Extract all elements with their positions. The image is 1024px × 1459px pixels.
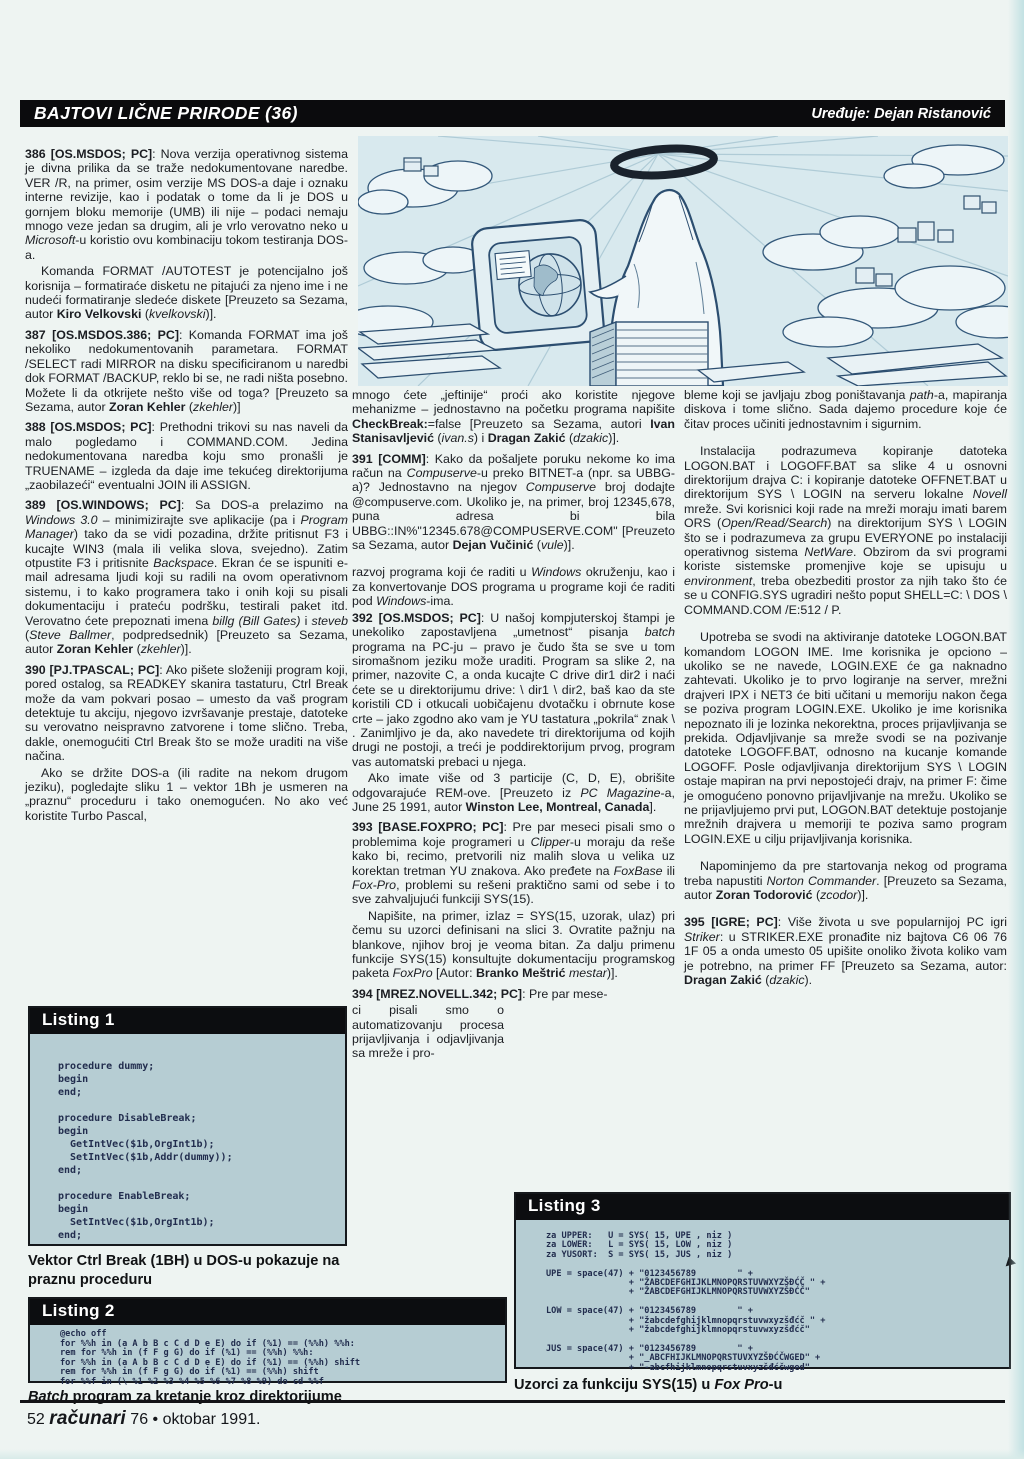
paragraph: 395 [IGRE; PC]: Više života u sve popula…	[684, 915, 1007, 987]
paragraph: razvoj programa koji će raditi u Windows…	[352, 565, 675, 608]
paragraph: 391 [COMM]: Kako da pošaljete poruku nek…	[352, 452, 675, 553]
listing-1-title: Listing 1	[30, 1008, 345, 1034]
paragraph: 393 [BASE.FOXPRO; PC]: Pre par meseci pi…	[352, 820, 675, 906]
page-title: BAJTOVI LIČNE PRIRODE (36)	[34, 103, 298, 124]
paragraph: 392 [OS.MSDOS; PC]: U našoj kompjutersko…	[352, 611, 675, 769]
header-banner: BAJTOVI LIČNE PRIRODE (36) Uređuje: Deja…	[20, 100, 1005, 127]
paragraph: Napišite, na primer, izlaz = SYS(15, uzo…	[352, 909, 675, 981]
paragraph: Upotreba se svodi na aktiviranje datotek…	[684, 630, 1007, 846]
listing-3-box: Listing 3 za UPPER: U = SYS( 15, UPE , n…	[514, 1192, 1011, 1369]
listing-3-title: Listing 3	[516, 1194, 1009, 1220]
listing-2-caption: Batch program za kretanje kroz direktori…	[28, 1388, 507, 1407]
listing-2-box: Listing 2 @echo off for %%h in (a A b B …	[28, 1297, 507, 1383]
listing-1-code: procedure dummy; begin end; procedure Di…	[30, 1034, 345, 1250]
paragraph: bleme koji se javljaju zbog poništavanja…	[684, 388, 1007, 431]
paper-stack-front	[590, 322, 708, 386]
computer-monitor	[471, 219, 605, 351]
listing-2-title: Listing 2	[30, 1299, 505, 1325]
screen-document-icon	[495, 251, 531, 280]
paragraph: ci pisali smo o automatizovanju procesa …	[352, 1003, 504, 1061]
paragraph: 387 [OS.MSDOS.386; PC]: Komanda FORMAT i…	[25, 328, 348, 414]
listing-3-caption: Uzorci za funkciju SYS(15) u Fox Pro-u	[514, 1376, 1011, 1395]
listing-2-code: @echo off for %%h in (a A b B c C d D e …	[30, 1325, 505, 1393]
footer-rule	[20, 1400, 1005, 1403]
paragraph: Napominjemo da pre startovanja nekog od …	[684, 859, 1007, 902]
paragraph: Instalacija podrazumeva kopiranje datote…	[684, 444, 1007, 617]
paragraph: Ako imate više od 3 particije (C, D, E),…	[352, 771, 675, 814]
scan-edge-tint-right	[1008, 0, 1024, 1459]
paragraph: 388 [OS.MSDOS; PC]: Prethodni trikovi su…	[25, 420, 348, 492]
listing-1-caption: Vektor Ctrl Break (1BH) u DOS-u pokazuje…	[28, 1252, 347, 1289]
paragraph: 390 [PJ.TPASCAL; PC]: Ako pišete složeni…	[25, 663, 348, 764]
paragraph: Komanda FORMAT /AUTOTEST je potencijalno…	[25, 264, 348, 322]
listing-3-code: za UPPER: U = SYS( 15, UPE , niz ) za LO…	[516, 1220, 1009, 1379]
illustration	[358, 136, 1008, 386]
editor-credit: Uređuje: Dejan Ristanović	[811, 106, 991, 122]
paragraph: 394 [MREZ.NOVELL.342; PC]: Pre par mese-	[352, 987, 675, 1001]
paragraph: 386 [OS.MSDOS; PC]: Nova verzija operati…	[25, 147, 348, 262]
listing-1-box: Listing 1 procedure dummy; begin end; pr…	[28, 1006, 347, 1246]
magazine-page: BAJTOVI LIČNE PRIRODE (36) Uređuje: Deja…	[0, 0, 1024, 1459]
column-right: bleme koji se javljaju zbog poništavanja…	[684, 388, 1007, 989]
paragraph: 389 [OS.WINDOWS; PC]: Sa DOS-a prelazimo…	[25, 498, 348, 656]
column-middle: mnogo ćete „jeftinije“ proći ako koristi…	[352, 388, 675, 1063]
footer-text: 52 računari 76 • oktobar 1991.	[27, 1408, 260, 1430]
column-left: 386 [OS.MSDOS; PC]: Nova verzija operati…	[25, 141, 348, 825]
paragraph: Ako se držite DOS-a (ili radite na nekom…	[25, 766, 348, 824]
scan-edge-tint-bottom	[0, 1449, 1024, 1459]
paragraph: mnogo ćete „jeftinije“ proći ako koristi…	[352, 388, 675, 446]
